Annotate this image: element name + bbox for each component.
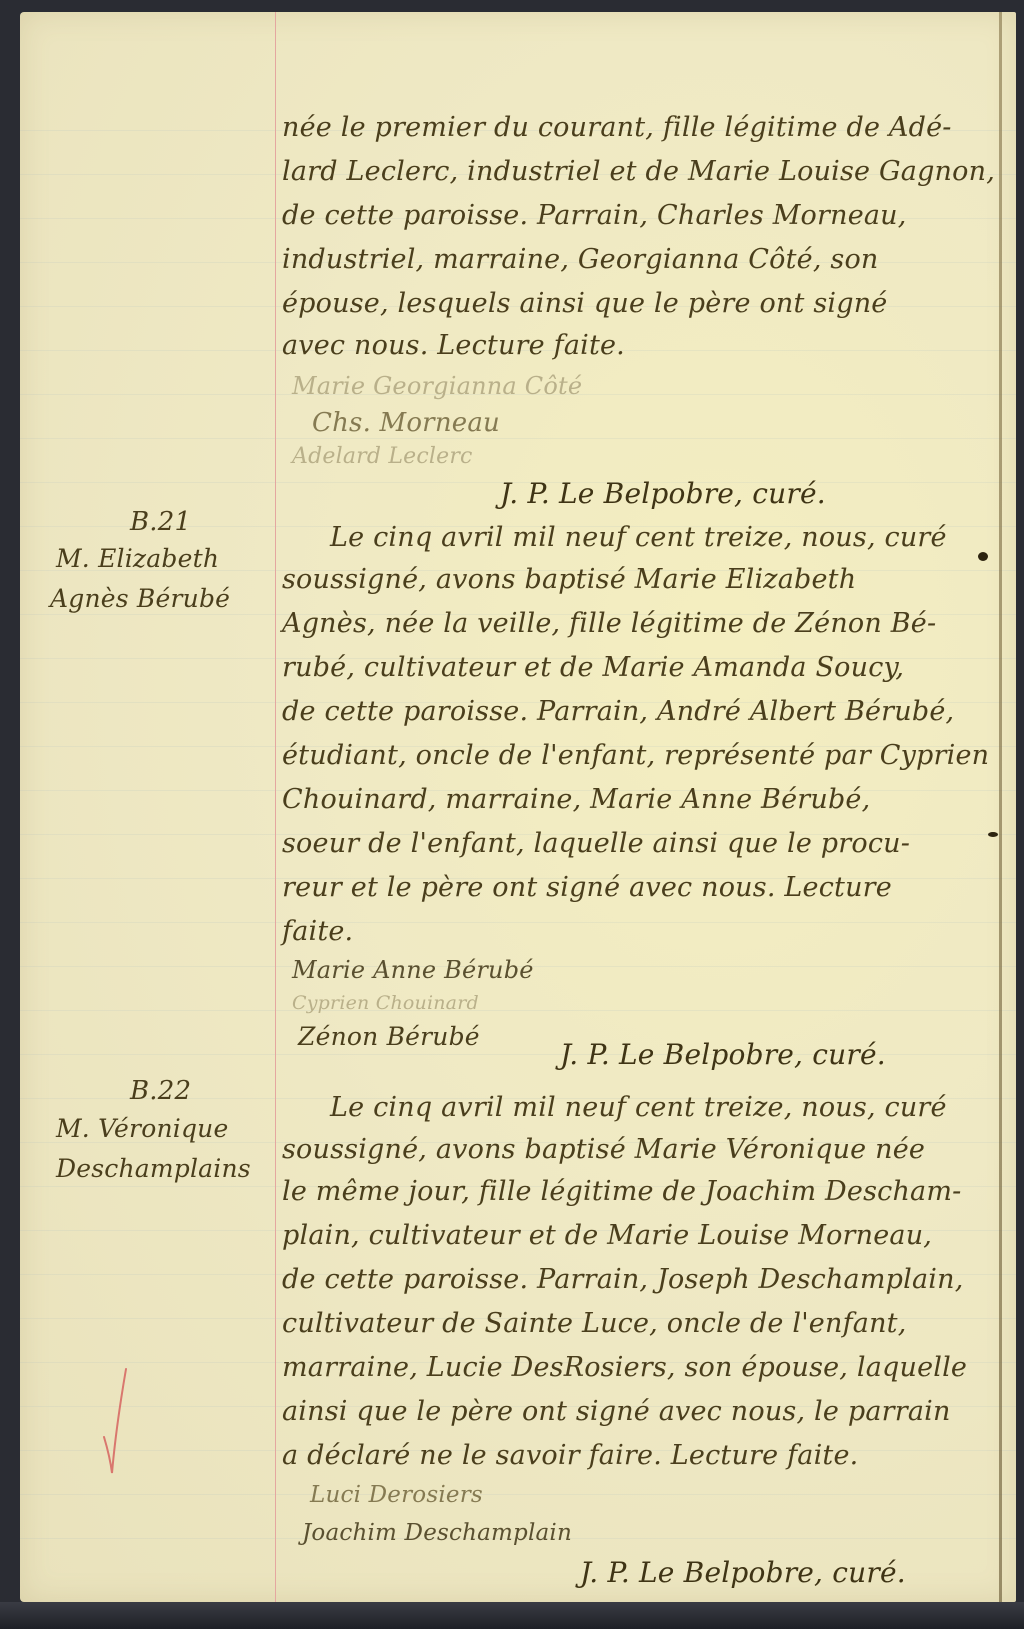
ink-blot (988, 832, 998, 837)
continuation-line: industriel, marraine, Georgianna Côté, s… (282, 244, 879, 275)
signature-father: Adelard Leclerc (292, 444, 473, 469)
entry-line: reur et le père ont signé avec nous. Lec… (282, 872, 892, 903)
entry-line: soeur de l'enfant, laquelle ainsi que le… (282, 828, 910, 859)
continuation-line: lard Leclerc, industriel et de Marie Lou… (282, 156, 995, 187)
entry-line: a déclaré ne le savoir faire. Lecture fa… (282, 1440, 858, 1471)
scanner-background (0, 1602, 1024, 1629)
entry-line: Agnès, née la veille, fille légitime de … (282, 608, 936, 639)
entry-line: de cette paroisse. Parrain, André Albert… (282, 696, 954, 727)
register-page: née le premier du courant, fille légitim… (20, 12, 1016, 1602)
signature-godfather: Chs. Morneau (312, 408, 500, 438)
ruled-line (20, 438, 1016, 439)
continuation-line: de cette paroisse. Parrain, Charles Morn… (282, 200, 907, 231)
signature-godmother: Marie Anne Bérubé (292, 956, 534, 984)
entry-line: Le cinq avril mil neuf cent treize, nous… (330, 522, 947, 553)
priest-signature: J. P. Le Belpobre, curé. (560, 1038, 886, 1071)
ruled-line (20, 1494, 1016, 1495)
signature-father: Joachim Deschamplain (302, 1520, 572, 1546)
priest-signature: J. P. Le Belpobre, curé. (500, 477, 826, 510)
signature-proxy: Cyprien Chouinard (292, 992, 479, 1014)
margin-rule (275, 12, 276, 1602)
entry-line: Le cinq avril mil neuf cent treize, nous… (330, 1092, 947, 1123)
ruled-line (20, 1010, 1016, 1011)
entry-line: Chouinard, marraine, Marie Anne Bérubé, (282, 784, 870, 815)
page-edge (999, 12, 1002, 1602)
entry-line: soussigné, avons baptisé Marie Véronique… (282, 1134, 925, 1165)
entry-line: de cette paroisse. Parrain, Joseph Desch… (282, 1264, 963, 1295)
margin-name-line: M. Véronique (56, 1114, 228, 1143)
entry-line: soussigné, avons baptisé Marie Elizabeth (282, 564, 856, 595)
continuation-line: épouse, lesquels ainsi que le père ont s… (282, 288, 887, 319)
checkmark-icon (100, 1367, 128, 1477)
entry-number: B.22 (130, 1076, 191, 1106)
entry-line: cultivateur de Sainte Luce, oncle de l'e… (282, 1308, 907, 1339)
signature-godmother: Luci Derosiers (310, 1482, 483, 1508)
margin-name-line: Deschamplains (56, 1154, 251, 1183)
margin-name-line: M. Elizabeth (56, 544, 219, 573)
entry-line: marraine, Lucie DesRosiers, son épouse, … (282, 1352, 967, 1383)
entry-line: plain, cultivateur et de Marie Louise Mo… (282, 1220, 932, 1251)
margin-name-line: Agnès Bérubé (50, 584, 230, 613)
entry-line: ainsi que le père ont signé avec nous, l… (282, 1396, 951, 1427)
continuation-line: née le premier du courant, fille légitim… (282, 112, 952, 143)
priest-signature: J. P. Le Belpobre, curé. (580, 1556, 906, 1589)
entry-line: faite. (282, 916, 353, 947)
ink-blot (978, 552, 988, 561)
entry-line: étudiant, oncle de l'enfant, représenté … (282, 740, 989, 771)
ruled-line (20, 922, 1016, 923)
signature-father: Zénon Bérubé (298, 1022, 480, 1051)
entry-line: le même jour, fille légitime de Joachim … (282, 1176, 961, 1207)
signature-godmother: Marie Georgianna Côté (292, 372, 582, 400)
continuation-line: avec nous. Lecture faite. (282, 330, 625, 361)
entry-number: B.21 (130, 507, 191, 537)
entry-line: rubé, cultivateur et de Marie Amanda Sou… (282, 652, 904, 683)
